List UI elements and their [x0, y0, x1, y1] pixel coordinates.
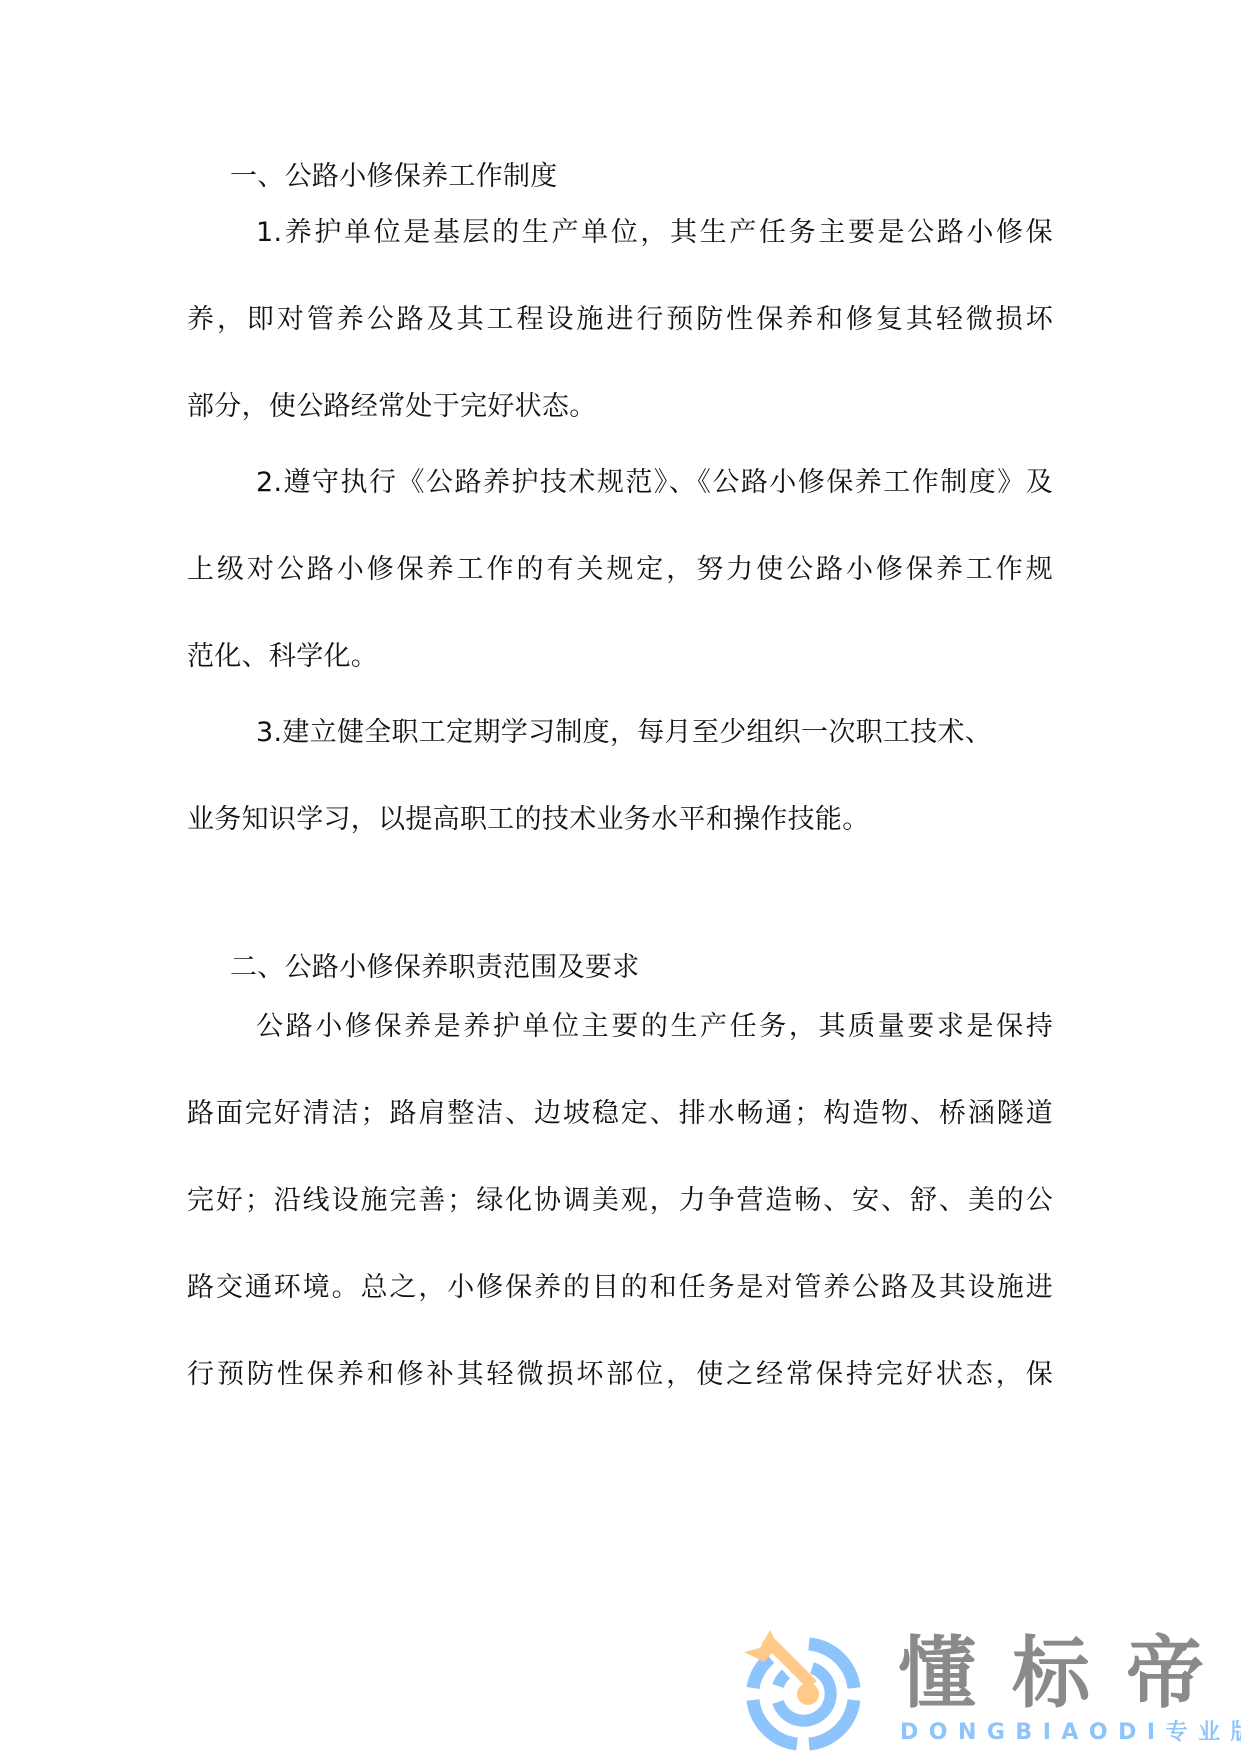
paragraph-line: 养，即对管养公路及其工程设施进行预防性保养和修复其轻微损坏 [187, 300, 1053, 340]
paragraph-line: 行预防性保养和修补其轻微损坏部位，使之经常保持完好状态，保 [187, 1355, 1053, 1395]
watermark-logo: 懂标帝 DONGBIAODI专业版 [740, 1630, 1240, 1754]
paragraph-line: 范化、科学化。 [187, 637, 1057, 677]
paragraph-line: 路交通环境。总之，小修保养的目的和任务是对管养公路及其设施进 [187, 1268, 1053, 1308]
watermark-title: 懂标帝 [898, 1632, 1240, 1716]
paragraph-line: 1.养护单位是基层的生产单位，其生产任务主要是公路小修保 [256, 213, 1053, 253]
paragraph-line: 3.建立健全职工定期学习制度，每月至少组织一次职工技术、 [256, 713, 1126, 753]
paragraph-line: 2.遵守执行《公路养护技术规范》、《公路小修保养工作制度》及 [256, 463, 1053, 503]
paragraph-line: 上级对公路小修保养工作的有关规定，努力使公路小修保养工作规 [187, 550, 1053, 590]
paragraph-line: 公路小修保养是养护单位主要的生产任务，其质量要求是保持 [256, 1007, 1053, 1047]
section-heading-2: 二、公路小修保养职责范围及要求 [230, 948, 1100, 988]
paragraph-line: 路面完好清洁；路肩整洁、边坡稳定、排水畅通；构造物、桥涵隧道 [187, 1094, 1053, 1134]
watermark-subtitle: DONGBIAODI专业版 [900, 1720, 1241, 1746]
section-heading-1: 一、公路小修保养工作制度 [230, 157, 1100, 197]
paragraph-line: 部分，使公路经常处于完好状态。 [187, 387, 1057, 427]
paragraph-line: 业务知识学习，以提高职工的技术业务水平和操作技能。 [187, 800, 1057, 840]
paragraph-line: 完好；沿线设施完善；绿化协调美观，力争营造畅、安、舒、美的公 [187, 1181, 1053, 1221]
target-arrow-icon [740, 1630, 870, 1754]
document-page: 一、公路小修保养工作制度 1.养护单位是基层的生产单位，其生产任务主要是公路小修… [0, 0, 1241, 1754]
